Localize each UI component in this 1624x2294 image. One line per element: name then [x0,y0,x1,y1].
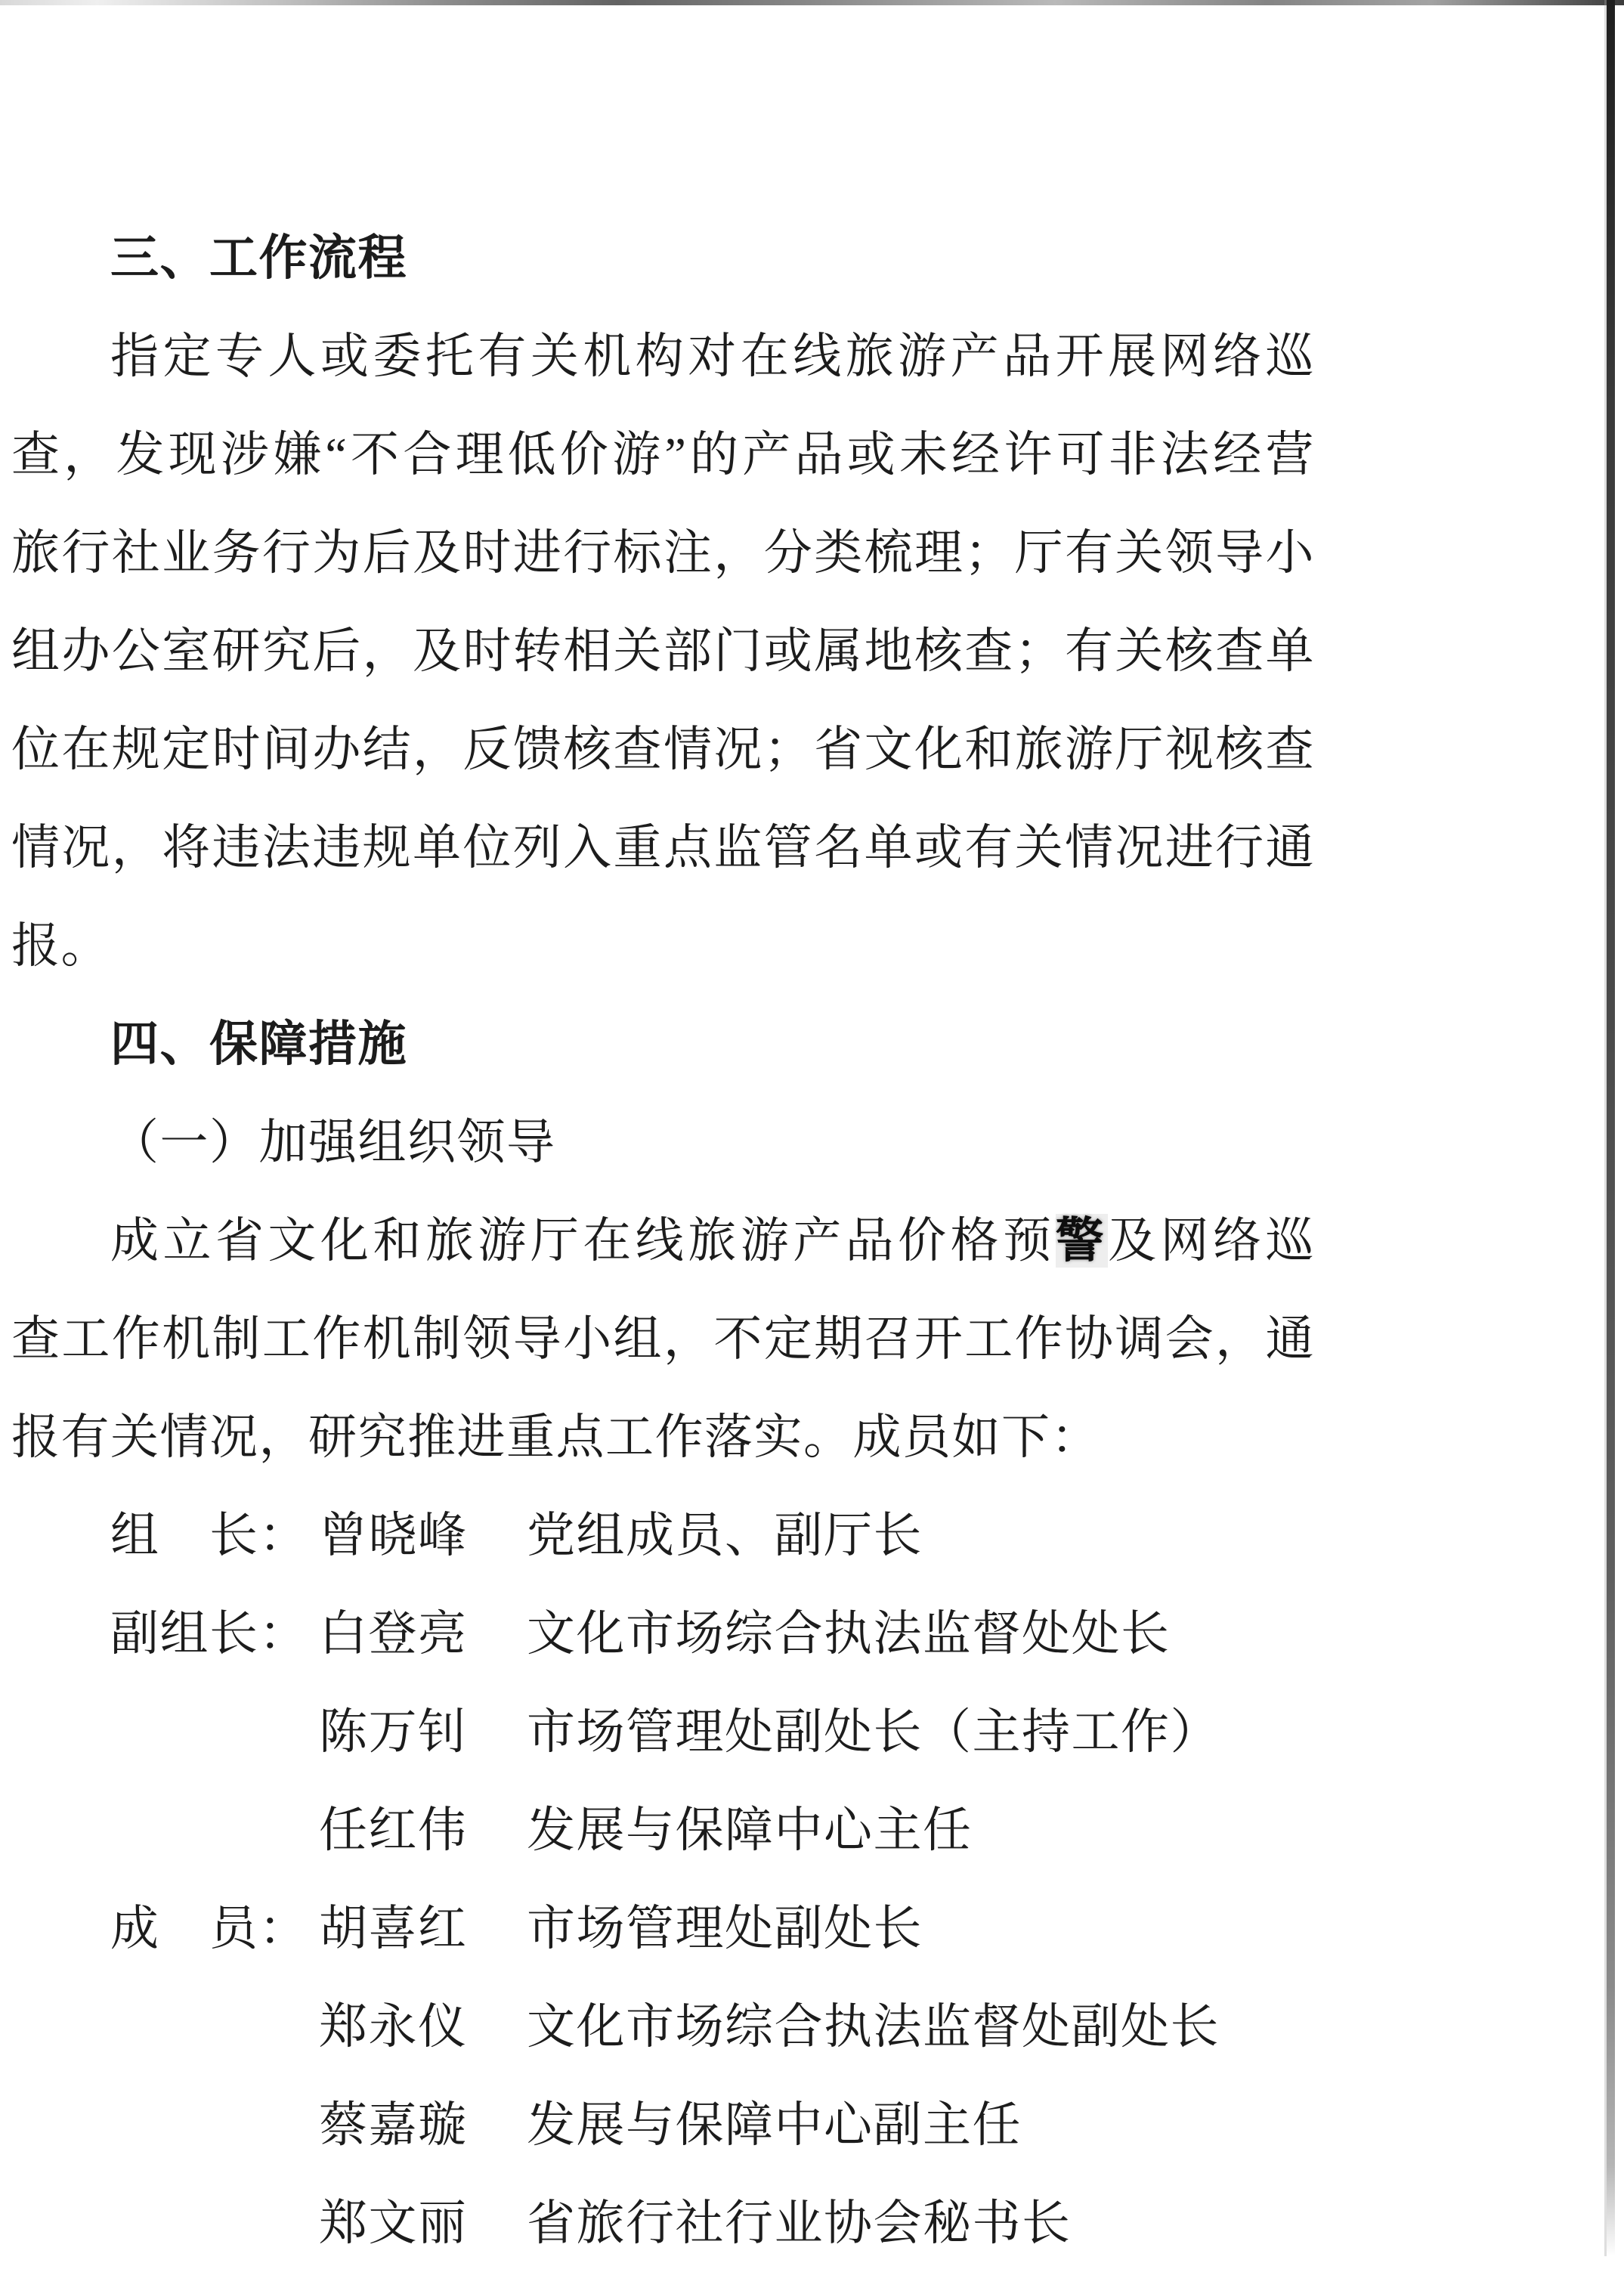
scan-right-edge-line [1607,0,1615,2256]
member-row-leader: 组 长： 曾晓峰 党组成员、副厅长 [11,1487,1315,1585]
member-row-member-4: 郑文丽 省旅行社行业协会秘书长 [11,2175,1315,2273]
member-name: 曾晓峰 [319,1487,527,1585]
member-role: 文化市场综合执法监督处副处长 [527,1978,1315,2076]
paragraph-text-post: 及网络巡 [1108,1214,1315,1268]
member-position-label [110,2076,319,2175]
member-name: 任红伟 [319,1782,527,1880]
member-name: 白登亮 [319,1585,527,1683]
section4-paragraph-line-3: 报有关情况，研究推进重点工作落实。成员如下： [11,1388,1315,1487]
member-role: 发展与保障中心主任 [527,1782,1315,1880]
member-role: 市场管理处副处长（主持工作） [527,1683,1315,1782]
member-role: 省旅行社行业协会秘书长 [527,2175,1315,2273]
document-body: 三、工作流程 指定专人或委托有关机构对在线旅游产品开展网络巡 查，发现涉嫌“不合… [11,209,1315,2273]
smudged-character: 警 [1056,1214,1108,1268]
member-row-deputy-leader-3: 任红伟 发展与保障中心主任 [11,1782,1315,1880]
section3-paragraph-line-3: 旅行社业务行为后及时进行标注，分类梳理；厅有关领导小 [11,504,1315,602]
member-role: 发展与保障中心副主任 [527,2076,1315,2175]
member-position-label [110,1978,319,2076]
member-role: 党组成员、副厅长 [527,1487,1315,1585]
scan-top-edge-line [0,0,1624,5]
member-position-label [110,1782,319,1880]
member-row-member-1: 成 员： 胡喜红 市场管理处副处长 [11,1880,1315,1978]
section3-paragraph-line-5: 位在规定时间办结，反馈核查情况；省文化和旅游厅视核查 [11,701,1315,799]
section4-subheading: （一）加强组织领导 [11,1094,1315,1192]
member-position-label: 成 员： [110,1880,319,1978]
section3-paragraph-line-7: 报。 [11,897,1315,995]
member-name: 蔡嘉璇 [319,2076,527,2175]
member-role: 市场管理处副处长 [527,1880,1315,1978]
member-name: 陈万钊 [319,1683,527,1782]
member-role: 文化市场综合执法监督处处长 [527,1585,1315,1683]
member-name: 郑文丽 [319,2175,527,2273]
section4-heading: 四、保障措施 [11,995,1315,1094]
member-name: 胡喜红 [319,1880,527,1978]
member-row-deputy-leader-1: 副组长： 白登亮 文化市场综合执法监督处处长 [11,1585,1315,1683]
section3-heading: 三、工作流程 [11,209,1315,308]
section4-paragraph-line-2: 查工作机制工作机制领导小组，不定期召开工作协调会，通 [11,1290,1315,1388]
paragraph-text-pre: 成立省文化和旅游厅在线旅游产品价格预 [110,1214,1056,1268]
member-position-label: 组 长： [110,1487,319,1585]
member-row-deputy-leader-2: 陈万钊 市场管理处副处长（主持工作） [11,1683,1315,1782]
member-row-member-2: 郑永仪 文化市场综合执法监督处副处长 [11,1978,1315,2076]
section4-paragraph-line-1: 成立省文化和旅游厅在线旅游产品价格预警及网络巡 [11,1192,1315,1290]
member-name: 郑永仪 [319,1978,527,2076]
section3-paragraph-line-2: 查，发现涉嫌“不合理低价游”的产品或未经许可非法经营 [11,406,1315,504]
scanned-document-page: 三、工作流程 指定专人或委托有关机构对在线旅游产品开展网络巡 查，发现涉嫌“不合… [0,0,1624,2294]
member-position-label [110,2175,319,2273]
member-position-label [110,1683,319,1782]
member-position-label: 副组长： [110,1585,319,1683]
section3-paragraph-line-1: 指定专人或委托有关机构对在线旅游产品开展网络巡 [11,308,1315,406]
member-row-member-3: 蔡嘉璇 发展与保障中心副主任 [11,2076,1315,2175]
section3-paragraph-line-6: 情况，将违法违规单位列入重点监管名单或有关情况进行通 [11,799,1315,897]
section3-paragraph-line-4: 组办公室研究后，及时转相关部门或属地核查；有关核查单 [11,602,1315,701]
